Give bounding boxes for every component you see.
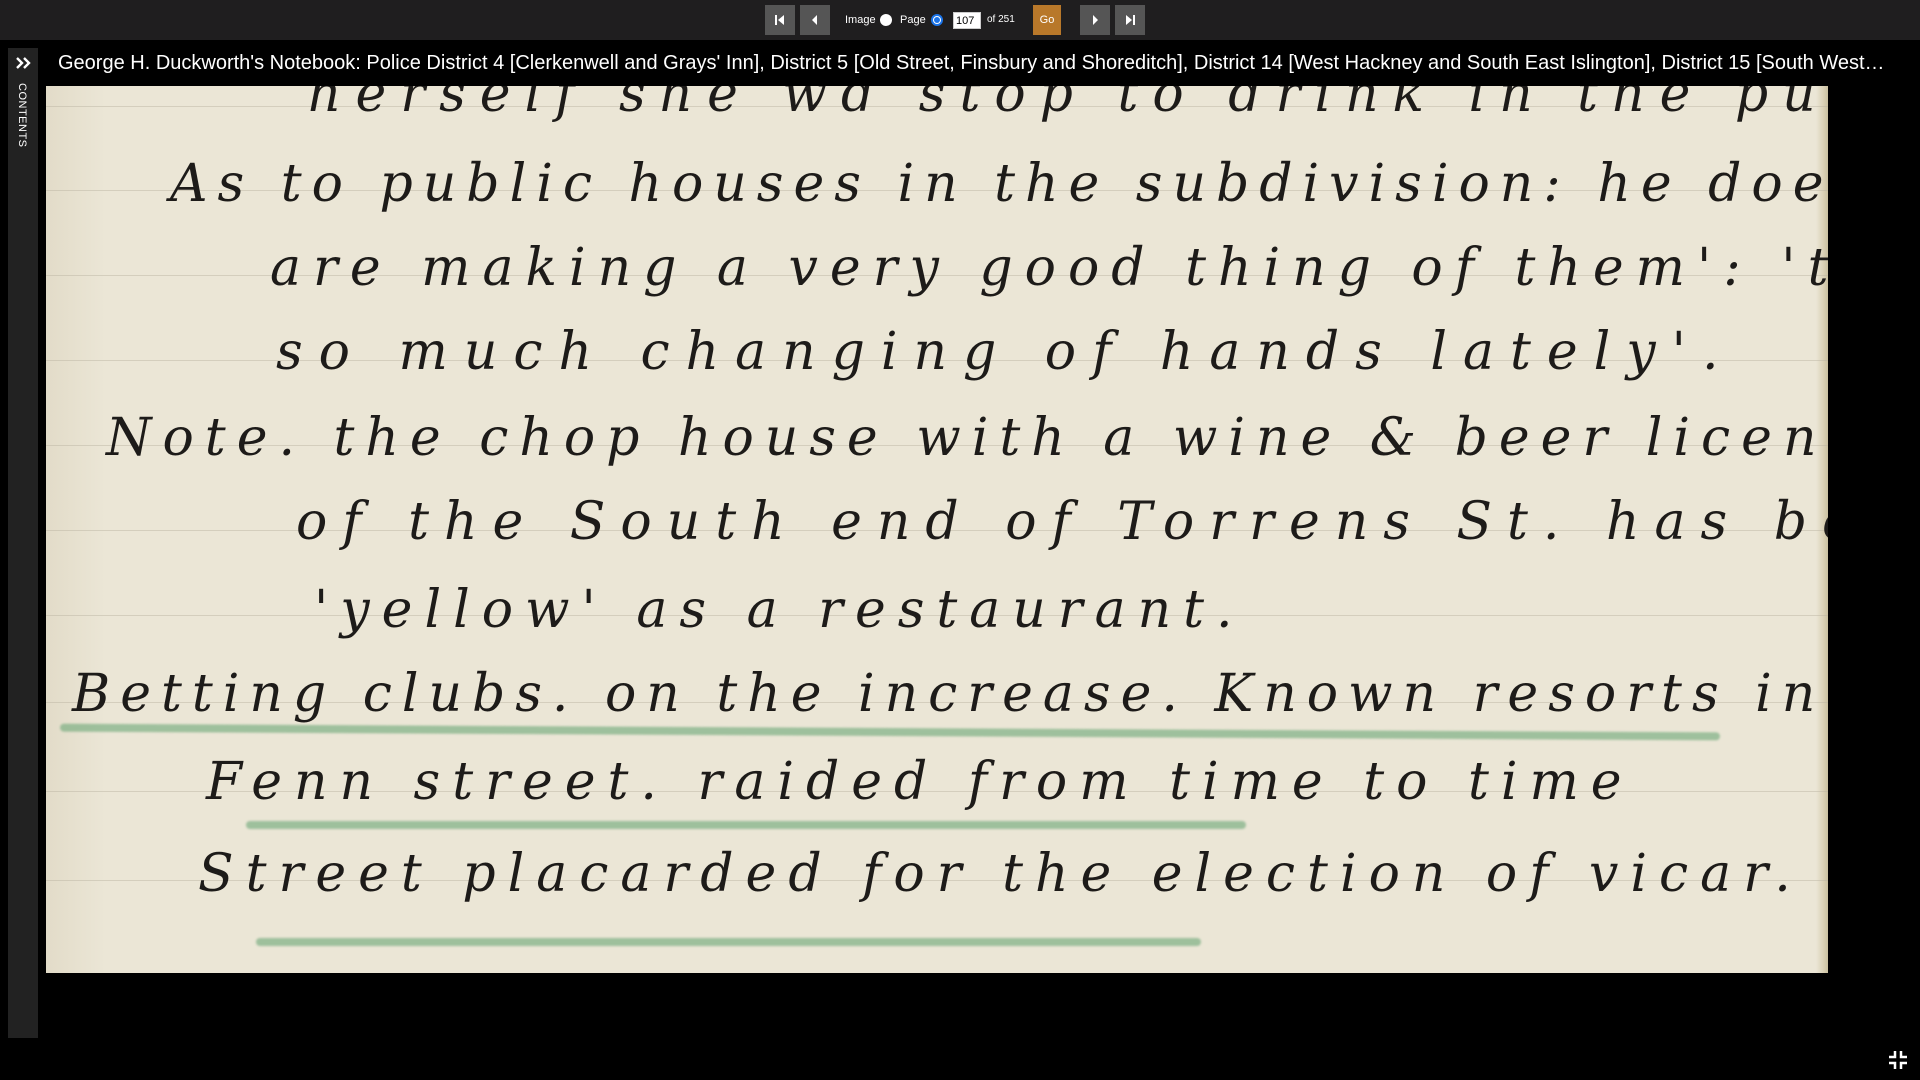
contents-label[interactable]: CONTENTS	[16, 83, 28, 148]
skip-to-last-icon	[1124, 14, 1136, 26]
handwritten-line: herself she wd stop to drink in the publ…	[308, 86, 1828, 124]
page-mode-label: Page	[900, 13, 926, 27]
handwritten-line: 'yellow' as a restaurant.	[314, 580, 1245, 640]
contents-sidebar[interactable]: CONTENTS	[8, 48, 38, 1038]
viewer-toolbar: Image Page of 251 Go	[0, 0, 1920, 40]
handwritten-line: of the South end of Torrens St. has been…	[296, 492, 1828, 552]
page-number-input[interactable]	[953, 12, 981, 29]
handwritten-line: Fenn street. raided from time to time	[206, 752, 1634, 812]
handwritten-line: As to public houses in the subdivision: …	[170, 154, 1828, 214]
notebook-page-image: herself she wd stop to drink in the publ…	[46, 86, 1828, 973]
next-page-button[interactable]	[1080, 5, 1110, 35]
document-title: George H. Duckworth's Notebook: Police D…	[58, 51, 1888, 75]
handwritten-line: Betting clubs. on the increase. Known re…	[72, 664, 1828, 724]
handwritten-line: so much changing of hands lately'.	[276, 322, 1735, 382]
skip-to-first-icon	[774, 14, 786, 26]
arrow-right-icon	[1089, 14, 1101, 26]
go-button[interactable]: Go	[1033, 5, 1061, 35]
page-total: of 251	[987, 13, 1015, 27]
handwritten-line: are making a very good thing of them': '…	[270, 238, 1828, 298]
handwritten-line: Street placarded for the election of vic…	[198, 844, 1803, 904]
double-chevron-right-icon[interactable]	[15, 57, 31, 69]
last-page-button[interactable]	[1115, 5, 1145, 35]
image-mode-radio[interactable]	[880, 14, 892, 26]
handwritten-line: Note. the chop house with a wine & beer …	[106, 408, 1828, 468]
green-underline	[246, 821, 1246, 829]
image-mode-label: Image	[845, 13, 876, 27]
previous-page-button[interactable]	[800, 5, 830, 35]
first-page-button[interactable]	[765, 5, 795, 35]
green-underline	[60, 724, 1720, 741]
arrow-left-icon	[809, 14, 821, 26]
page-mode-radio[interactable]	[931, 14, 943, 26]
green-underline	[256, 938, 1201, 946]
exit-fullscreen-icon[interactable]	[1888, 1050, 1908, 1070]
